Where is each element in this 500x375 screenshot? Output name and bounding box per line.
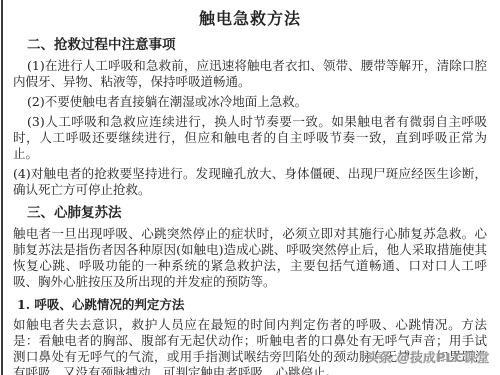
section-3-heading: 三、心肺复苏法 [27,204,486,222]
scan-edge-line [1,0,3,375]
subsection-1-body: 如触电者失去意识，救护人员应在最短的时间内判定伤者的呼吸、心跳情况。方法是：看触… [13,317,487,375]
page-title: 触电急救方法 [0,8,500,30]
section2-item-1: (1)在进行人工呼吸和急救前，应迅速将触电者衣扣、领带、腰带等解开，清除口腔内假… [13,58,487,90]
section-2-heading: 二、抢救过程中注意事项 [27,36,486,54]
subsection-1-heading: 1. 呼吸、心跳情况的判定方法 [17,296,486,313]
section3-intro: 触电者一旦出现呼吸、心跳突然停止的症状时，必须立即对其施行心肺复苏急救。心肺复苏… [13,226,487,290]
toutiao-watermark: 头条 @技成PLC课堂 [366,348,490,366]
section2-item-2: (2)不要使触电者直接躺在潮湿或冰冷地面上急救。 [13,94,487,110]
section2-item-3: (3)人工呼吸和急救应连续进行，换人时节奏要一致。如果触电者有微弱自主呼吸时，人… [13,114,487,162]
section2-item-4: (4)对触电者的抢救要坚持进行。发现瞳孔放大、身体僵硬、出现尸斑应经医生诊断，确… [13,166,487,198]
document-page: 触电急救方法 二、抢救过程中注意事项 (1)在进行人工呼吸和急救前，应迅速将触电… [0,0,500,375]
